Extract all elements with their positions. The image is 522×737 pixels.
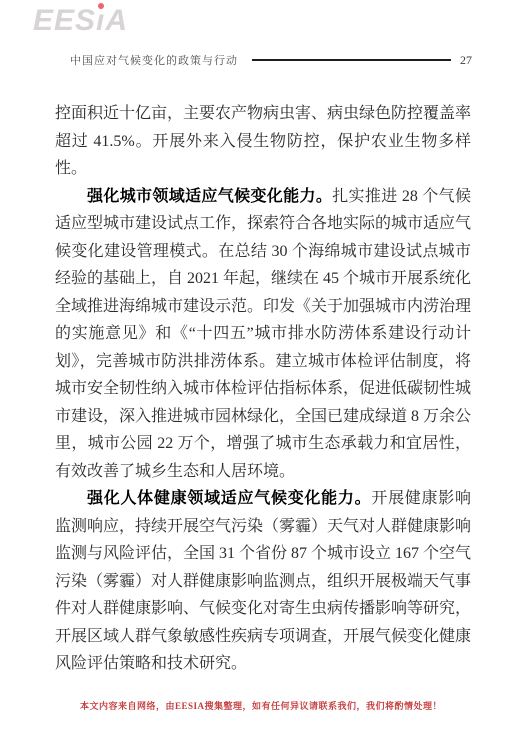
page-number: 27 xyxy=(460,53,472,68)
paragraph: 控面积近十亿亩，主要农产物病虫害、病虫绿色防控覆盖率超过 41.5%。开展外来入… xyxy=(55,100,471,183)
eesia-logo: EESıA xyxy=(33,4,128,38)
logo-text-left: EES xyxy=(33,4,96,37)
logo-i-dot-icon xyxy=(98,3,104,9)
page-header: 中国应对气候变化的政策与行动 27 xyxy=(55,52,472,68)
paragraph-text: 控面积近十亿亩，主要农产物病虫害、病虫绿色防控覆盖率超过 41.5%。开展外来入… xyxy=(55,105,471,177)
paragraph-text: 扎实推进 28 个气候适应型城市建设试点工作，探索符合各地实际的城市适应气候变化… xyxy=(55,188,471,480)
document-page: EESıA 中国应对气候变化的政策与行动 27 控面积近十亿亩，主要农产物病虫害… xyxy=(0,0,522,737)
footer-notice: 本文内容来自网络，由EESIA搜集整理，如有任何异议请联系我们，我们将酌情处理！ xyxy=(0,699,522,712)
logo-letter-i: ı xyxy=(96,4,105,38)
header-rule xyxy=(252,59,451,61)
paragraph-text: 开展健康影响监测响应，持续开展空气污染（雾霾）天气对人群健康影响监测与风险评估，… xyxy=(55,490,471,672)
paragraph-lead: 强化人体健康领域适应气候变化能力。 xyxy=(87,490,371,507)
paragraph-lead: 强化城市领域适应气候变化能力。 xyxy=(87,188,332,205)
paragraph: 强化人体健康领域适应气候变化能力。开展健康影响监测响应，持续开展空气污染（雾霾）… xyxy=(55,485,471,678)
running-title: 中国应对气候变化的政策与行动 xyxy=(70,52,238,68)
logo-text-right: A xyxy=(105,4,128,37)
paragraph: 强化城市领域适应气候变化能力。扎实推进 28 个气候适应型城市建设试点工作，探索… xyxy=(55,183,471,486)
body-text: 控面积近十亿亩，主要农产物病虫害、病虫绿色防控覆盖率超过 41.5%。开展外来入… xyxy=(55,100,471,678)
